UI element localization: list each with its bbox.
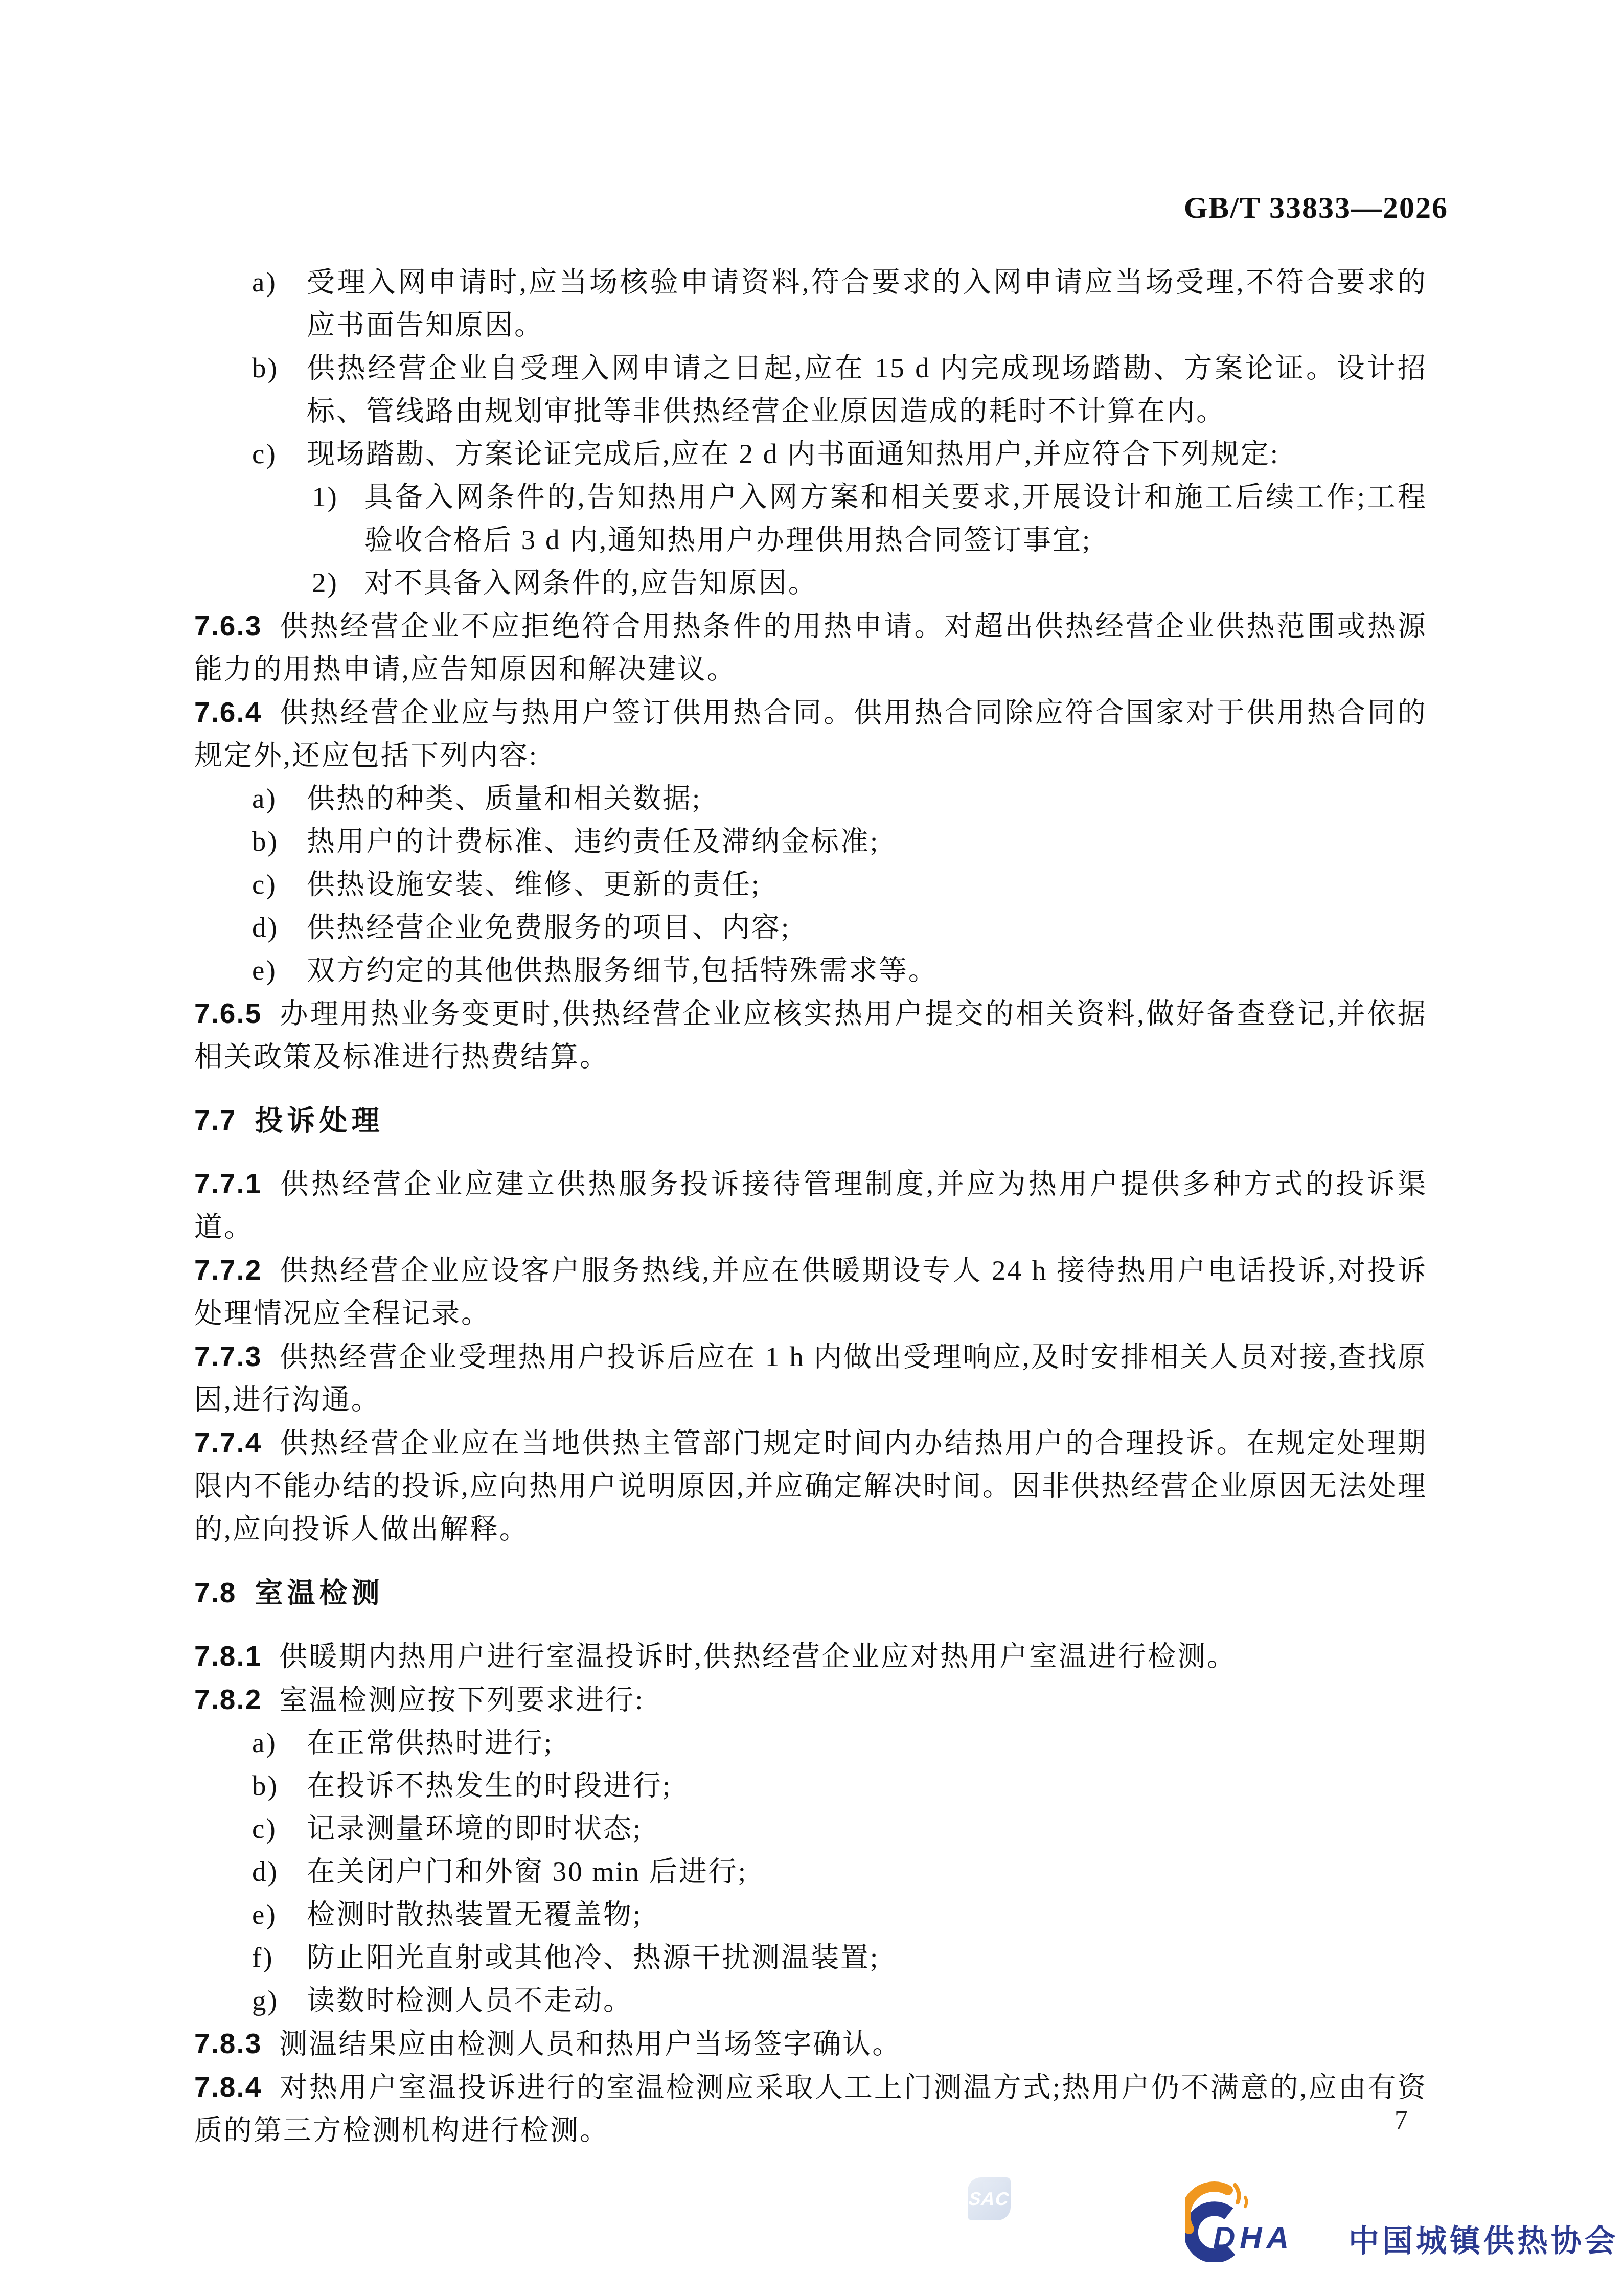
list-item-marker: d) [252,906,279,949]
list-item-1: 1)具备入网条件的,告知热用户入网方案和相关要求,开展设计和施工后续工作;工程验… [194,475,1427,561]
clause-number: 7.7.4 [194,1427,262,1459]
clause-7.7.3: 7.7.3供热经营企业受理热用户投诉后应在 1 h 内做出受理响应,及时安排相关… [194,1335,1427,1421]
clause-number: 7.7.2 [194,1254,262,1286]
list-item-b: b)在投诉不热发生的时段进行; [194,1764,1427,1807]
clause-text: 供热经营企业受理热用户投诉后应在 1 h 内做出受理响应,及时安排相关人员对接,… [194,1341,1427,1415]
clause-text: 室温检测 [255,1577,383,1608]
page-number: 7 [1395,2105,1408,2135]
list-item-text: 双方约定的其他供热服务细节,包括特殊需求等。 [307,954,938,986]
list-item-d: d)供热经营企业免费服务的项目、内容; [194,906,1427,949]
clause-text: 供热经营企业应建立供热服务投诉接待管理制度,并应为热用户提供多种方式的投诉渠道。 [194,1168,1427,1242]
list-item-marker: c) [252,863,277,906]
list-item-a: a)受理入网申请时,应当场核验申请资料,符合要求的入网申请应当场受理,不符合要求… [194,261,1427,347]
clause-text: 投诉处理 [255,1104,383,1136]
clause-text: 测温结果应由检测人员和热用户当场签字确认。 [279,2028,902,2059]
clause-7.6.3: 7.6.3供热经营企业不应拒绝符合用热条件的用热申请。对超出供热经营企业供热范围… [194,604,1427,691]
clause-text: 供热经营企业不应拒绝符合用热条件的用热申请。对超出供热经营企业供热范围或热源能力… [194,610,1427,685]
list-item-c: c)记录测量环境的即时状态; [194,1807,1427,1850]
standard-number-header: GB/T 33833—2026 [0,190,1448,225]
clause-text: 供热经营企业应设客户服务热线,并应在供暖期设专人 24 h 接待热用户电话投诉,… [194,1255,1427,1329]
list-item-marker: c) [252,433,277,475]
list-item-text: 读数时检测人员不走动。 [307,1985,633,2016]
cdha-logo: DHA 中国城镇供热协会 [1185,2178,1623,2267]
list-item-text: 供热设施安装、维修、更新的责任; [307,869,761,900]
sac-watermark-logo: SAC [968,2177,1011,2220]
document-page: GB/T 33833—2026 a)受理入网申请时,应当场核验申请资料,符合要求… [0,0,1623,2296]
list-item-text: 供热经营企业自受理入网申请之日起,应在 15 d 内完成现场踏勘、方案论证。设计… [307,352,1427,426]
clause-number: 7.8.4 [194,2071,262,2103]
list-item-text: 受理入网申请时,应当场核验申请资料,符合要求的入网申请应当场受理,不符合要求的应… [307,266,1427,340]
list-item-marker: g) [252,1979,279,2022]
list-item-marker: e) [252,949,277,992]
list-item-marker: a) [252,1721,277,1764]
clause-text: 供热经营企业应与热用户签订供用热合同。供用热合同除应符合国家对于供用热合同的规定… [194,697,1427,771]
list-item-marker: f) [252,1936,274,1979]
clause-7.7.1: 7.7.1供热经营企业应建立供热服务投诉接待管理制度,并应为热用户提供多种方式的… [194,1162,1427,1248]
list-item-a: a)供热的种类、质量和相关数据; [194,777,1427,820]
list-item-marker: d) [252,1850,279,1893]
list-item-text: 防止阳光直射或其他冷、热源干扰测温装置; [307,1942,879,1973]
clause-7.7.4: 7.7.4供热经营企业应在当地供热主管部门规定时间内办结热用户的合理投诉。在规定… [194,1421,1427,1551]
cdha-acronym-text: DHA [1213,2220,1293,2255]
list-item-a: a)在正常供热时进行; [194,1721,1427,1764]
list-item-text: 在正常供热时进行; [307,1727,553,1758]
clause-text: 供热经营企业应在当地供热主管部门规定时间内办结热用户的合理投诉。在规定处理期限内… [194,1427,1427,1544]
list-item-text: 在关闭户门和外窗 30 min 后进行; [307,1856,747,1887]
list-item-b: b)热用户的计费标准、违约责任及滞纳金标准; [194,820,1427,863]
list-item-g: g)读数时检测人员不走动。 [194,1979,1427,2022]
clause-text: 供暖期内热用户进行室温投诉时,供热经营企业应对热用户室温进行检测。 [279,1641,1237,1672]
clause-7.8.2: 7.8.2室温检测应按下列要求进行: [194,1678,1427,1721]
clause-7.7.2: 7.7.2供热经营企业应设客户服务热线,并应在供暖期设专人 24 h 接待热用户… [194,1248,1427,1335]
clause-number: 7.6.5 [194,997,262,1029]
list-item-e: e)检测时散热装置无覆盖物; [194,1893,1427,1936]
list-item-marker: c) [252,1807,277,1850]
clause-text: 办理用热业务变更时,供热经营企业应核实热用户提交的相关资料,做好备查登记,并依据… [194,998,1427,1072]
clause-number: 7.7 [194,1104,236,1136]
list-item-d: d)在关闭户门和外窗 30 min 后进行; [194,1850,1427,1893]
list-item-text: 在投诉不热发生的时段进行; [307,1770,672,1801]
list-item-c: c)现场踏勘、方案论证完成后,应在 2 d 内书面通知热用户,并应符合下列规定: [194,433,1427,475]
clause-text: 室温检测应按下列要求进行: [279,1684,644,1715]
clause-7.8.3: 7.8.3测温结果应由检测人员和热用户当场签字确认。 [194,2022,1427,2065]
list-item-text: 检测时散热装置无覆盖物; [307,1899,642,1930]
list-item-marker: b) [252,1764,279,1807]
list-item-marker: a) [252,777,277,820]
clause-7.6.5: 7.6.5办理用热业务变更时,供热经营企业应核实热用户提交的相关资料,做好备查登… [194,992,1427,1078]
document-body: a)受理入网申请时,应当场核验申请资料,符合要求的入网申请应当场受理,不符合要求… [194,261,1427,2152]
clause-number: 7.7.1 [194,1168,262,1199]
clause-number: 7.8.3 [194,2028,262,2059]
list-item-c: c)供热设施安装、维修、更新的责任; [194,863,1427,906]
clause-7.6.4: 7.6.4供热经营企业应与热用户签订供用热合同。供用热合同除应符合国家对于供用热… [194,691,1427,777]
list-item-text: 对不具备入网条件的,应告知原因。 [364,567,818,598]
list-item-marker: 2) [312,561,338,604]
clause-number: 7.6.4 [194,696,262,728]
list-item-text: 供热的种类、质量和相关数据; [307,783,701,814]
list-item-marker: b) [252,820,279,863]
clause-number: 7.7.3 [194,1340,262,1372]
list-item-marker: 1) [312,475,338,518]
list-item-marker: a) [252,261,277,304]
clause-number: 7.8 [194,1577,236,1608]
list-item-text: 现场踏勘、方案论证完成后,应在 2 d 内书面通知热用户,并应符合下列规定: [307,438,1279,469]
clause-number: 7.8.1 [194,1640,262,1672]
list-item-2: 2)对不具备入网条件的,应告知原因。 [194,561,1427,604]
clause-7.8.4: 7.8.4对热用户室温投诉进行的室温检测应采取人工上门测温方式;热用户仍不满意的… [194,2065,1427,2152]
cdha-org-name: 中国城镇供热协会 [1348,2217,1618,2261]
list-item-text: 具备入网条件的,告知热用户入网方案和相关要求,开展设计和施工后续工作;工程验收合… [364,481,1427,555]
section-heading-7.8: 7.8室温检测 [194,1571,1427,1614]
list-item-e: e)双方约定的其他供热服务细节,包括特殊需求等。 [194,949,1427,992]
list-item-marker: b) [252,347,279,390]
clause-text: 对热用户室温投诉进行的室温检测应采取人工上门测温方式;热用户仍不满意的,应由有资… [194,2072,1427,2146]
sac-watermark-text: SAC [968,2188,1010,2210]
list-item-b: b)供热经营企业自受理入网申请之日起,应在 15 d 内完成现场踏勘、方案论证。… [194,347,1427,433]
list-item-text: 热用户的计费标准、违约责任及滞纳金标准; [307,826,879,857]
list-item-text: 记录测量环境的即时状态; [307,1813,642,1844]
clause-number: 7.8.2 [194,1684,262,1715]
list-item-marker: e) [252,1893,277,1936]
section-heading-7.7: 7.7投诉处理 [194,1099,1427,1142]
list-item-text: 供热经营企业免费服务的项目、内容; [307,912,790,943]
clause-7.8.1: 7.8.1供暖期内热用户进行室温投诉时,供热经营企业应对热用户室温进行检测。 [194,1634,1427,1678]
list-item-f: f)防止阳光直射或其他冷、热源干扰测温装置; [194,1936,1427,1979]
clause-number: 7.6.3 [194,610,262,642]
